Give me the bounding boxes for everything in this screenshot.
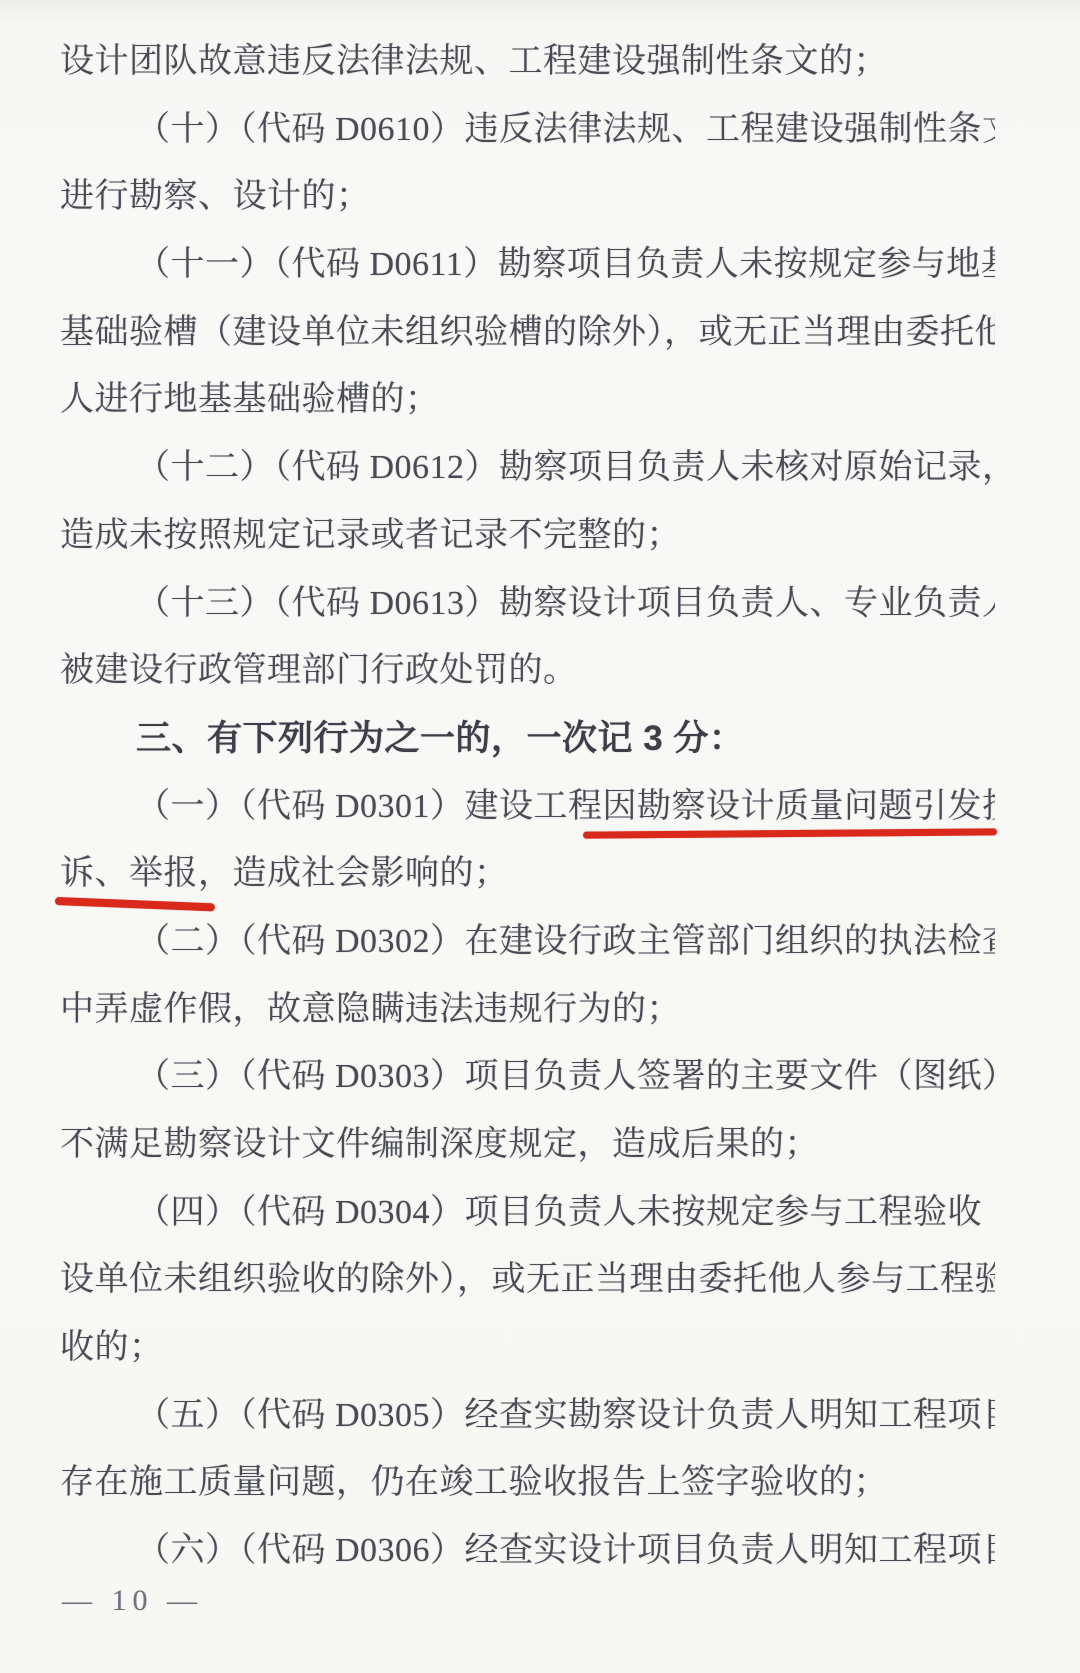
text-line: 进行勘察、设计的；: [60, 163, 995, 231]
text-line: （六）（代码 D0306）经查实设计项目负责人明知工程项目: [60, 1517, 995, 1585]
text-line: 被建设行政管理部门行政处罚的。: [60, 637, 995, 705]
text-line: 不满足勘察设计文件编制深度规定，造成后果的；: [60, 1111, 995, 1179]
text-line: 人进行地基基础验槽的；: [60, 366, 995, 434]
text-line: （十二）（代码 D0612）勘察项目负责人未核对原始记录，: [60, 434, 995, 502]
text-line: 设计团队故意违反法律法规、工程建设强制性条文的；: [60, 28, 995, 96]
text-line: 诉、举报，造成社会影响的；: [60, 840, 995, 908]
text-line: （五）（代码 D0305）经查实勘察设计负责人明知工程项目: [60, 1382, 995, 1450]
document-text-block: 设计团队故意违反法律法规、工程建设强制性条文的； （十）（代码 D0610）违反…: [60, 28, 995, 1585]
text-line: （二）（代码 D0302）在建设行政主管部门组织的执法检查: [60, 908, 995, 976]
text-line: 收的；: [60, 1314, 995, 1382]
text-line: 造成未按照规定记录或者记录不完整的；: [60, 502, 995, 570]
text-line: （三）（代码 D0303）项目负责人签署的主要文件（图纸）: [60, 1043, 995, 1111]
text-line: （十一）（代码 D0611）勘察项目负责人未按规定参与地基: [60, 231, 995, 299]
text-line: 存在施工质量问题，仍在竣工验收报告上签字验收的；: [60, 1449, 995, 1517]
page-number: — 10 —: [62, 1584, 203, 1618]
text-line: 设单位未组织验收的除外），或无正当理由委托他人参与工程验: [60, 1246, 995, 1314]
text-line: 中弄虚作假，故意隐瞒违法违规行为的；: [60, 976, 995, 1044]
section-heading: 三、有下列行为之一的，一次记 3 分：: [60, 705, 995, 773]
text-line: （四）（代码 D0304）项目负责人未按规定参与工程验收（建: [60, 1179, 995, 1247]
text-line: 基础验槽（建设单位未组织验槽的除外），或无正当理由委托他: [60, 299, 995, 367]
document-page: 设计团队故意违反法律法规、工程建设强制性条文的； （十）（代码 D0610）违反…: [0, 0, 1080, 1673]
text-line: （十三）（代码 D0613）勘察设计项目负责人、专业负责人: [60, 570, 995, 638]
text-line: （十）（代码 D0610）违反法律法规、工程建设强制性条文: [60, 96, 995, 164]
